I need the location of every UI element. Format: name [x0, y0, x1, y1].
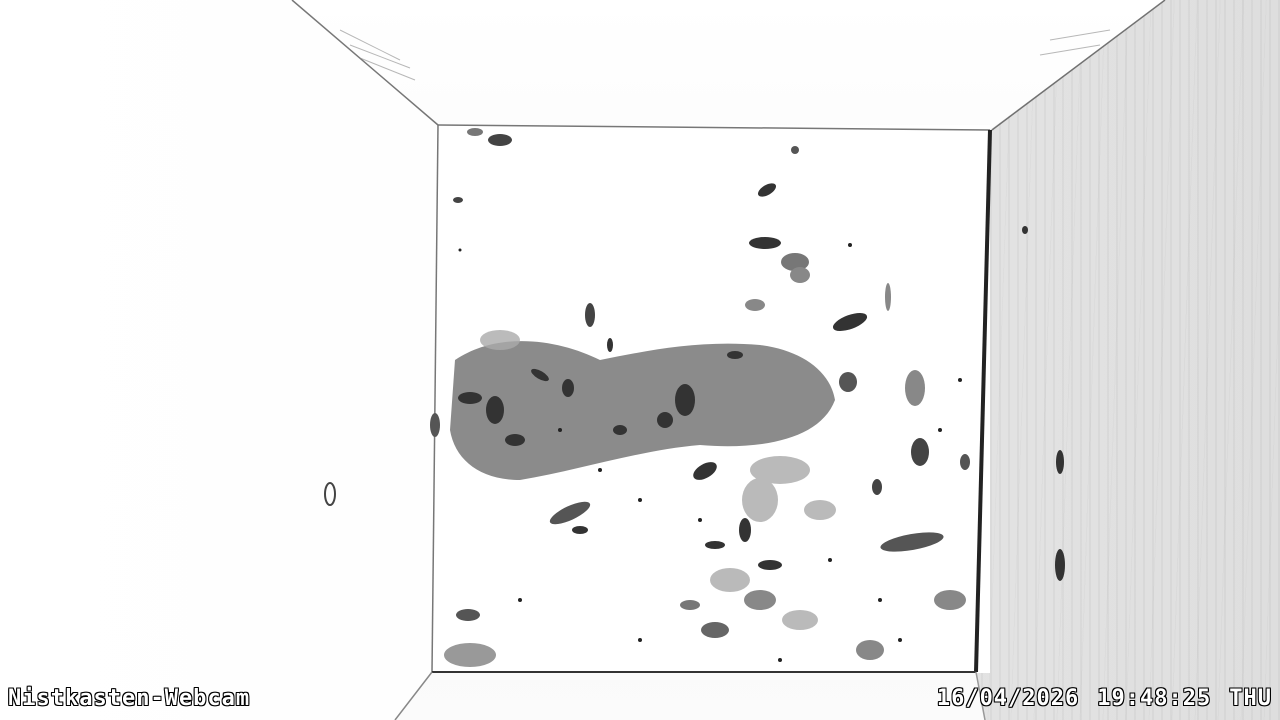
nest-box-scene [0, 0, 1280, 720]
time-text: 19:48:25 [1097, 688, 1211, 710]
nest-debris [0, 0, 1280, 720]
webcam-frame: Nistkasten-Webcam 16/04/2026 19:48:25 TH… [0, 0, 1280, 720]
date-text: 16/04/2026 [937, 688, 1079, 710]
camera-title: Nistkasten-Webcam [8, 688, 250, 710]
timestamp: 16/04/2026 19:48:25 THU [937, 688, 1272, 710]
weekday-text: THU [1229, 688, 1272, 710]
